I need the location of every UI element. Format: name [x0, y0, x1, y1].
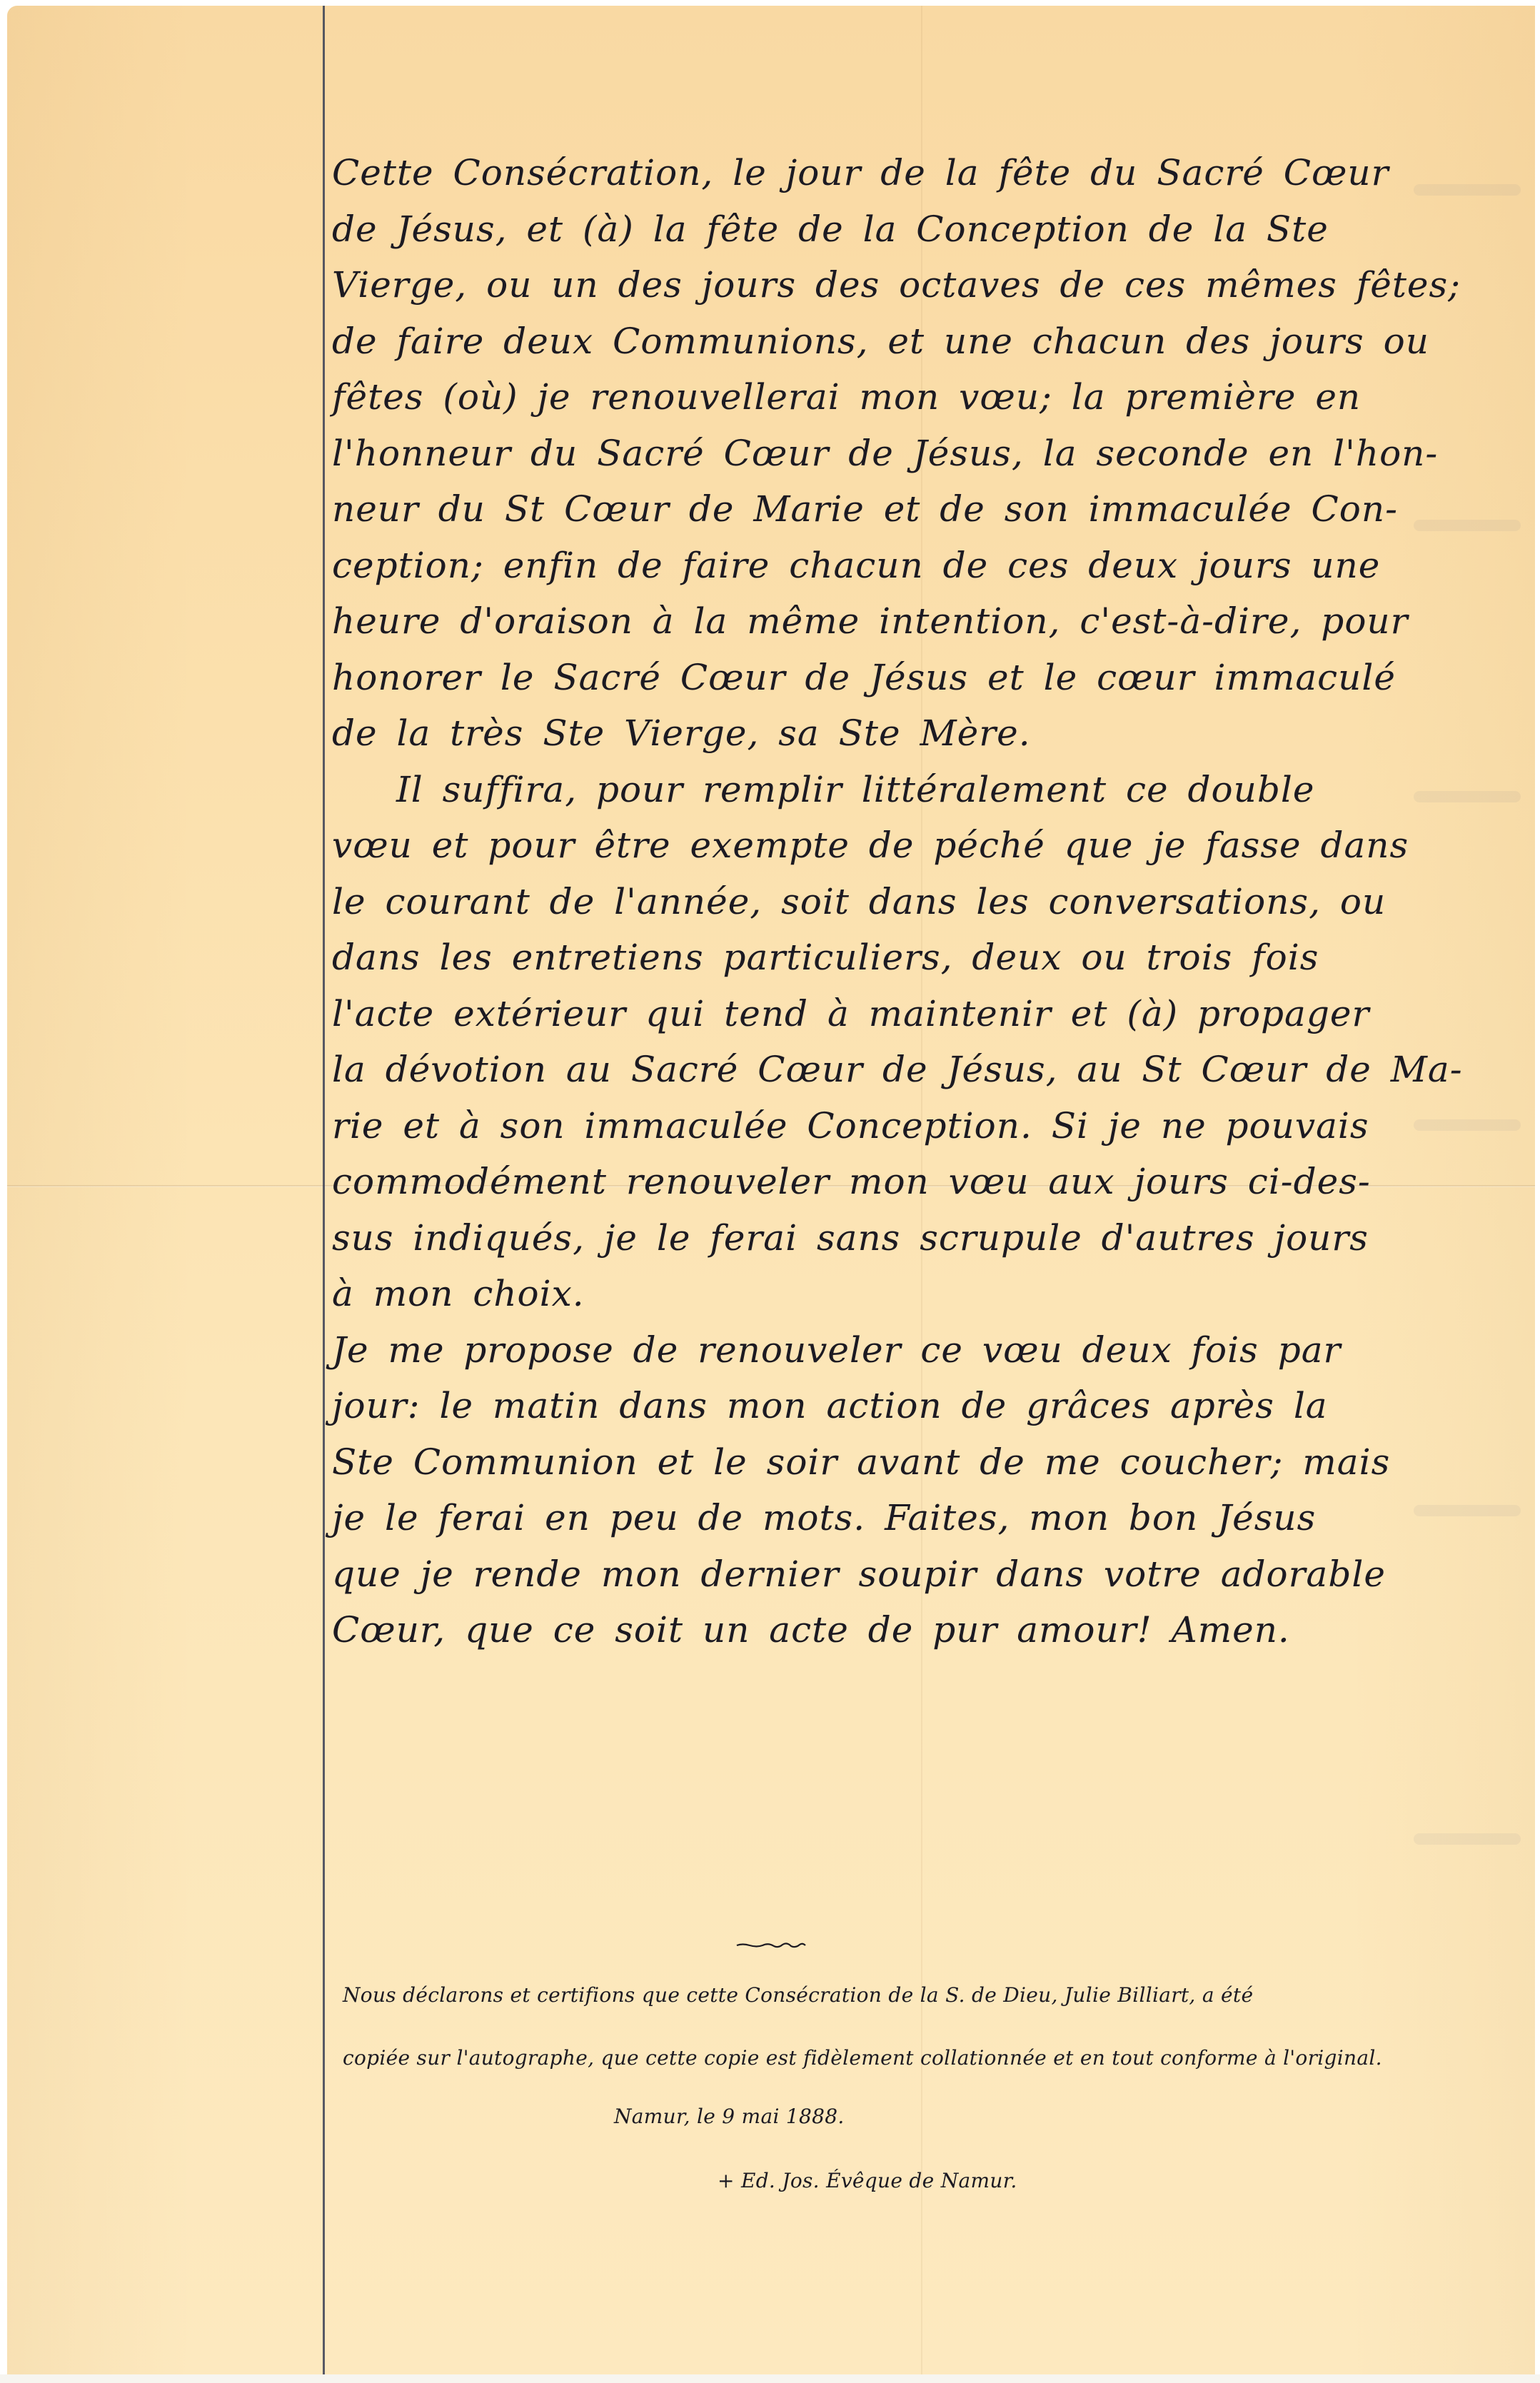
main-handwritten-text: Cette Consécration, le jour de la fête d…	[332, 145, 1531, 1658]
text-line: neur du St Cœur de Marie et de son immac…	[332, 481, 1531, 538]
text-line: ception; enfin de faire chacun de ces de…	[332, 538, 1531, 594]
manuscript-page: Cette Consécration, le jour de la fête d…	[7, 6, 1535, 2374]
attestation-place-date: Namur, le 9 mai 1888.	[614, 2105, 845, 2128]
text-line: heure d'oraison à la même intention, c'e…	[332, 593, 1531, 650]
text-line: de Jésus, et (à) la fête de la Conceptio…	[332, 201, 1531, 258]
attestation-line-2: copiée sur l'autographe, que cette copie…	[343, 2046, 1382, 2070]
scan-border	[0, 2374, 1540, 2383]
text-line: jour: le matin dans mon action de grâces…	[332, 1378, 1531, 1434]
text-line: je le ferai en peu de mots. Faites, mon …	[332, 1490, 1531, 1546]
text-line: rie et à son immaculée Conception. Si je…	[332, 1098, 1531, 1154]
text-line: à mon choix.	[332, 1266, 1531, 1322]
text-line: honorer le Sacré Cœur de Jésus et le cœu…	[332, 650, 1531, 706]
text-line: de la très Ste Vierge, sa Ste Mère.	[332, 705, 1531, 762]
text-line: Cœur, que ce soit un acte de pur amour! …	[332, 1602, 1531, 1658]
bleed-through-ink	[1414, 1833, 1521, 1845]
paragraph-start-line: Il suffira, pour remplir littéralement c…	[332, 762, 1531, 818]
text-line: vœu et pour être exempte de péché que je…	[332, 817, 1531, 874]
text-line: sus indiqués, je le ferai sans scrupule …	[332, 1210, 1531, 1266]
text-line: dans les entretiens particuliers, deux o…	[332, 929, 1531, 986]
attestation-line-1: Nous déclarons et certifions que cette C…	[343, 1983, 1253, 2007]
text-line: l'honneur du Sacré Cœur de Jésus, la sec…	[332, 425, 1531, 482]
text-line: fêtes (où) je renouvellerai mon vœu; la …	[332, 369, 1531, 425]
bishop-signature: + Ed. Jos. Évêque de Namur.	[718, 2169, 1017, 2192]
text-line: Cette Consécration, le jour de la fête d…	[332, 145, 1531, 201]
text-line: commodément renouveler mon vœu aux jours…	[332, 1154, 1531, 1210]
text-line: l'acte extérieur qui tend à maintenir et…	[332, 986, 1531, 1042]
text-line: que je rende mon dernier soupir dans vot…	[332, 1546, 1531, 1603]
margin-rule	[323, 6, 325, 2374]
text-line: le courant de l'année, soit dans les con…	[332, 874, 1531, 930]
paragraph-start-line: Je me propose de renouveler ce vœu deux …	[332, 1322, 1531, 1379]
text-line: de faire deux Communions, et une chacun …	[332, 313, 1531, 370]
text-line: la dévotion au Sacré Cœur de Jésus, au S…	[332, 1042, 1531, 1098]
text-line: Ste Communion et le soir avant de me cou…	[332, 1434, 1531, 1491]
flourish-separator-icon	[735, 1942, 807, 1949]
text-line: Vierge, ou un des jours des octaves de c…	[332, 257, 1531, 313]
